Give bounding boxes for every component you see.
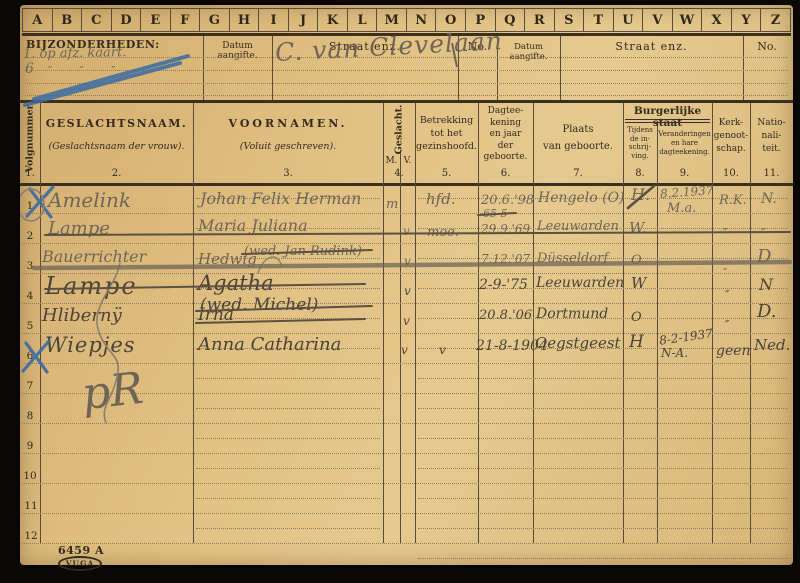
alphabet-letter: Y xyxy=(731,9,761,31)
row-surname: Lampe xyxy=(48,220,110,238)
alphabet-letter: R xyxy=(524,9,554,31)
publisher-logo: VUGA xyxy=(58,556,102,571)
column-number: 7. xyxy=(533,168,623,179)
ruled-line xyxy=(196,408,380,409)
kerkgenootschap-header-line: Kerk- xyxy=(712,117,750,130)
registration-card: A B C D E F G H I J K L M N O P Q R S T … xyxy=(20,5,793,565)
row-number: 5 xyxy=(22,320,38,332)
alphabet-letter: X xyxy=(701,9,731,31)
row-burgerlijke-staat: W xyxy=(631,276,646,291)
row-betrekking: moe. xyxy=(427,226,459,239)
row-nationaliteit: D. xyxy=(757,303,777,321)
row-geboortedatum: 2-9-'75 xyxy=(479,278,528,292)
alphabet-letter: H xyxy=(229,9,259,31)
row-number: 10 xyxy=(22,470,38,482)
row-number: 1 xyxy=(22,200,38,212)
alphabet-letter: G xyxy=(199,9,229,31)
no-label: No. xyxy=(743,40,791,53)
bijzonderheden-note: 1. op afz. kaart. xyxy=(23,46,127,61)
row-nationaliteit: ″ xyxy=(761,227,765,239)
alphabet-letter: V xyxy=(642,9,672,31)
ruled-line xyxy=(25,95,788,96)
alphabet-letter: U xyxy=(613,9,643,31)
ruled-line xyxy=(25,83,788,84)
row-burgerlijke-staat: H. xyxy=(631,187,650,203)
ruled-line xyxy=(418,438,788,439)
dagteekening-header-line: der xyxy=(478,141,533,153)
row-first-names: Johan Felix Herman xyxy=(200,191,361,207)
row-kerkgenootschap: R.K. xyxy=(719,194,747,207)
column-number: 11. xyxy=(750,168,793,179)
row-first-names: Hedwig xyxy=(198,252,257,267)
datum-aangifte-label: Datum aangifte. xyxy=(497,42,560,62)
row-kerkgenootschap: ″ xyxy=(723,227,727,239)
ruled-line xyxy=(418,378,788,379)
tijdens-header-line: ving. xyxy=(623,152,657,161)
divider xyxy=(625,122,710,123)
alphabet-letter: F xyxy=(170,9,200,31)
ruled-line xyxy=(196,378,380,379)
row-verandering: M.a. xyxy=(667,202,696,215)
alphabet-letter: N xyxy=(406,9,436,31)
row-geboortedatum: 20.6.'98 xyxy=(481,194,534,207)
voornamen-subheader: (Voluit geschreven). xyxy=(193,141,383,152)
row-first-names: Maria Juliana xyxy=(198,218,308,234)
alphabet-letter: I xyxy=(258,9,288,31)
row-burgerlijke-staat: H xyxy=(629,334,644,351)
row-number: 2 xyxy=(22,230,38,242)
row-kerkgenootschap: ″ xyxy=(723,267,727,278)
row-number: 4 xyxy=(22,290,38,302)
alphabet-letter: Z xyxy=(760,9,790,31)
betrekking-header-line: Betrekking xyxy=(415,114,478,127)
strikethrough-heavy-row3 xyxy=(34,262,790,268)
row-nationaliteit: N. xyxy=(761,192,777,206)
geslachtsnaam-subheader: (Geslachtsnaam der vrouw). xyxy=(40,141,193,152)
tijdens-header-line: de in- xyxy=(623,135,657,144)
betrekking-header-line: gezinshoofd. xyxy=(415,140,478,153)
row-geboortedatum: 29.9.'69 xyxy=(481,223,530,235)
kerkgenootschap-header-line: schap. xyxy=(712,143,750,156)
geslacht-header: Geslacht. xyxy=(394,105,405,155)
geslachtsnaam-header: GESLACHTSNAAM. xyxy=(40,117,193,130)
column-number: 9. xyxy=(657,168,712,179)
bijzonderheden-note: 6 xyxy=(25,62,34,76)
row-first-names-note: (wed. Jan Rudink) xyxy=(244,245,362,258)
volgnummer-header: Volgnummer. xyxy=(25,107,36,173)
row-surname: Wiepjes xyxy=(45,335,136,356)
row-line xyxy=(22,453,791,454)
row-verandering-datum: 8-2-1937 xyxy=(658,327,713,346)
alphabet-letter: W xyxy=(672,9,702,31)
ruled-line xyxy=(196,468,380,469)
row-geboortedatum-note: 65 5 xyxy=(483,208,508,219)
veranderingen-header-line: dagteekening. xyxy=(657,148,712,157)
datum-aangifte-label: Datum aangifte. xyxy=(203,41,272,61)
row-line xyxy=(22,303,791,304)
dagteekening-header-line: kening xyxy=(478,118,533,130)
row-line xyxy=(22,243,791,244)
alphabet-letter: T xyxy=(583,9,613,31)
row-line xyxy=(22,513,791,514)
row-geboortedatum: 7.12.'07 xyxy=(481,253,530,265)
alphabet-letter: K xyxy=(317,9,347,31)
row-geboorteplaats: Leeuwarden xyxy=(537,220,619,233)
alphabet-letter: L xyxy=(347,9,377,31)
ruled-line xyxy=(418,558,788,559)
dagteekening-header-line: geboorte. xyxy=(478,152,533,164)
geslacht-m-label: M. xyxy=(383,156,400,166)
row-geboorteplaats: Hengelo (O) xyxy=(538,191,625,205)
row-geboorteplaats: Leeuwarden xyxy=(536,276,624,290)
row-first-names: Anna Catharina xyxy=(198,336,341,354)
straat-label: Straat enz. xyxy=(560,40,743,53)
photo-background: A B C D E F G H I J K L M N O P Q R S T … xyxy=(0,0,800,583)
ruled-line xyxy=(25,70,788,71)
row-geslacht-v: v xyxy=(403,225,410,237)
row-geslacht-v: v xyxy=(404,255,411,267)
row-number: 12 xyxy=(22,530,40,542)
nationaliteit-header-line: Natio- xyxy=(750,117,793,130)
column-number: 8. xyxy=(623,168,657,179)
ruled-line xyxy=(418,408,788,409)
dagteekening-header-line: Dagtee- xyxy=(478,106,533,118)
alphabet-letter: D xyxy=(111,9,141,31)
column-number: 4. xyxy=(383,168,415,179)
ruled-line xyxy=(196,498,380,499)
row-nationaliteit: Ned. xyxy=(754,338,790,353)
column-number: 3. xyxy=(193,168,383,179)
column-number: 1. xyxy=(20,168,40,179)
row-geboorteplaats: Oegstgeest xyxy=(535,336,621,351)
row-first-names: Irna xyxy=(198,307,234,324)
row-nationaliteit: D xyxy=(757,248,771,266)
column-number: 10. xyxy=(712,168,750,179)
plaats-header-line: van geboorte. xyxy=(533,138,623,155)
row-geslacht-v: v xyxy=(403,315,410,327)
ruled-line xyxy=(418,468,788,469)
tijdens-header-line: Tijdens xyxy=(623,126,657,135)
row-number: 7 xyxy=(22,380,38,392)
row-surname: Bauerrichter xyxy=(42,249,146,265)
nationaliteit-header-line: nali- xyxy=(750,130,793,143)
row-burgerlijke-staat: O xyxy=(631,311,642,324)
row-number: 9 xyxy=(22,440,38,452)
alphabet-letter: M xyxy=(376,9,406,31)
dagteekening-header-line: en jaar xyxy=(478,129,533,141)
margin-pencil-mark: pR xyxy=(80,367,146,417)
row-surname: Lampe xyxy=(45,274,138,298)
ruled-line xyxy=(418,498,788,499)
row-geslacht-v: v xyxy=(401,344,408,356)
veranderingen-header-line: Veranderingen xyxy=(657,130,712,139)
column-number: 5. xyxy=(415,168,478,179)
row-number: 3 xyxy=(22,260,38,272)
tijdens-header-line: schrij- xyxy=(623,143,657,152)
row-kerkgenootschap: geen xyxy=(716,344,751,358)
row-line xyxy=(22,483,791,484)
row-burgerlijke-staat: O xyxy=(631,254,642,267)
row-line xyxy=(22,423,791,424)
row-number: 8 xyxy=(22,410,38,422)
nationaliteit-header-line: teit. xyxy=(750,143,793,156)
row-betrekking: hfd. xyxy=(426,192,456,207)
row-number: 11 xyxy=(22,500,40,512)
alphabet-letter: E xyxy=(140,9,170,31)
row-burgerlijke-staat: W. xyxy=(629,221,647,236)
row-geboortedatum: 20.8.'06 xyxy=(479,309,532,322)
ditto-marks: ″ ″ ″ xyxy=(48,65,115,76)
row-nationaliteit: N xyxy=(759,277,773,293)
betrekking-header-line: tot het xyxy=(415,127,478,140)
alphabet-letter: J xyxy=(288,9,318,31)
row-geslacht-v: v xyxy=(404,285,411,297)
column-number: 6. xyxy=(478,168,533,179)
voornamen-header: VOORNAMEN. xyxy=(193,117,383,130)
plaats-header-line: Plaats xyxy=(533,121,623,138)
row-surname: Hlibernÿ xyxy=(42,307,122,325)
row-geslacht-m: m xyxy=(386,198,398,211)
alphabet-index-strip: A B C D E F G H I J K L M N O P Q R S T … xyxy=(22,8,791,32)
row-kerkgenootschap: ″ xyxy=(725,319,729,331)
alphabet-letter: S xyxy=(554,9,584,31)
row-verandering-datum: 8.2.1937 xyxy=(660,184,714,200)
divider xyxy=(625,119,710,120)
alphabet-letter: A xyxy=(23,9,52,31)
ruled-line xyxy=(418,528,788,529)
ruled-line xyxy=(196,438,380,439)
row-betrekking: v xyxy=(439,344,446,356)
row-surname: Amelink xyxy=(48,190,131,210)
veranderingen-header-line: en hare xyxy=(657,139,712,148)
divider xyxy=(20,100,793,103)
row-first-names: Agatha xyxy=(198,273,274,294)
row-geboorteplaats: Düsseldorf xyxy=(537,252,608,265)
row-line xyxy=(22,543,791,544)
row-verandering: N-A. xyxy=(661,347,688,359)
alphabet-letter: B xyxy=(52,9,82,31)
ruled-line xyxy=(196,528,380,529)
row-geboorteplaats: Dortmund xyxy=(536,307,608,321)
alphabet-letter: C xyxy=(81,9,111,31)
row-number: 6 xyxy=(22,350,38,362)
column-number: 2. xyxy=(40,168,193,179)
kerkgenootschap-header-line: genoot- xyxy=(712,130,750,143)
geslacht-v-label: V. xyxy=(400,156,415,166)
row-kerkgenootschap: ″ xyxy=(725,289,729,301)
